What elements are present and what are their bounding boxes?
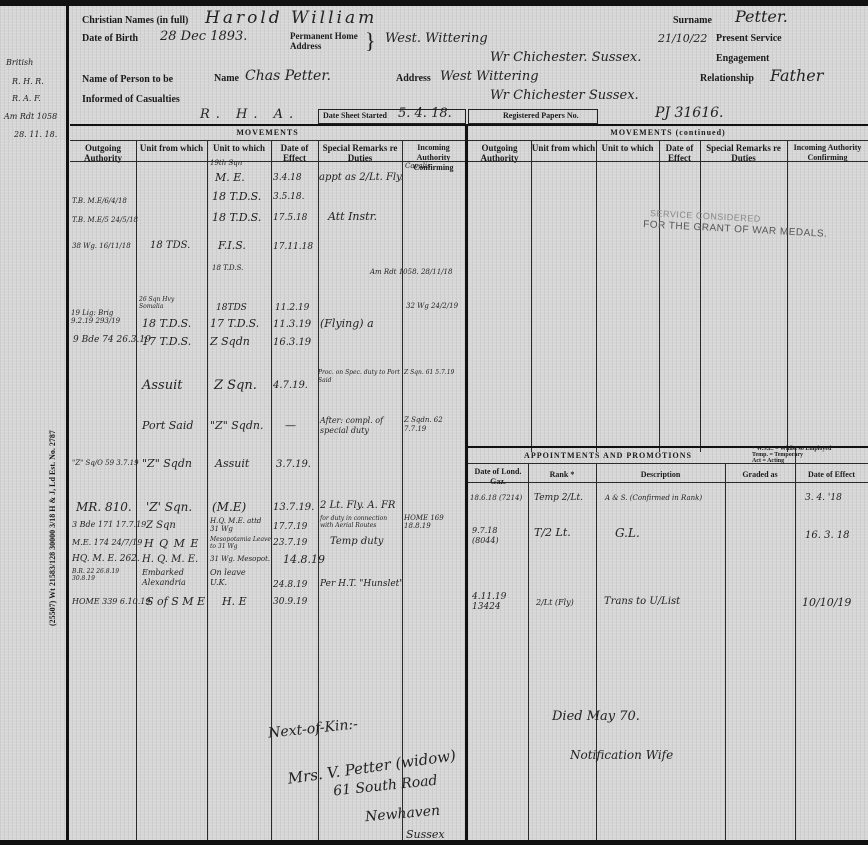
margin-note-3: R. A. F. [12,94,41,103]
cell-date: 17.5.18 [273,213,307,223]
cell-description: G.L. [615,526,640,540]
cell-effect: 16. 3. 18 [805,530,850,541]
cell-unit-to: H. E [222,595,247,608]
surname-value: Petter. [735,7,788,26]
cell-unit-to: (M.E) [212,500,246,514]
cell-date: 17.11.18 [273,242,313,252]
cell-gazette: 18.6.18 (7214) [470,494,522,502]
cell-date: 30.9.19 [273,597,307,607]
col-cont-date-of-effect: Date of Effect [659,143,700,163]
cell-outgoing: 9 Bde 74 26.3.19 [73,335,151,345]
died-note: Died May 70. [552,709,640,724]
cell-unit-to: 31 Wg. Mesopot. [210,555,270,563]
christian-names-value: Harold William [205,8,377,28]
col-cont-incoming-authority: Incoming Authority Confirming [787,143,868,163]
cell-effect: 3. 4. '18 [805,493,842,503]
cell-outgoing: M.E. 174 24/7/19 [72,538,142,547]
cell-unit-from: S of S M E [146,595,205,608]
cell-unit-to: "Z" Sqdn. [210,419,263,432]
cell-unit-from: 26 Sqn Hvy Somalia [139,296,199,310]
col-rule [596,140,597,452]
cell-unit-to: 19th Sqn [210,159,242,167]
cell-date: 11.3.19 [273,319,311,330]
relationship-label: Relationship [700,73,754,84]
cell-outgoing: 38 Wg. 16/11/18 [72,242,131,250]
movements-title: MOVEMENTS [70,128,465,137]
cell-unit-to: M. E. [215,171,245,184]
cell-unit-from: Z Sqn [146,520,176,531]
col-graded-as: Graded as [725,470,795,480]
cell-unit-from: Port Said [142,419,193,432]
cell-date: 13.7.19. [273,502,314,513]
cell-incoming: Cavalis. [405,162,433,170]
col-special-remarks: Special Remarks re Duties [318,143,402,163]
col-cont-unit-from: Unit from which [531,143,596,153]
cell-unit-to: Mesopotamia Leave to 31 Wg [210,536,272,550]
appointments-legend: * W.S.E. = Whilst so Employed Temp. = Te… [752,446,831,464]
relationship-value: Father [770,66,823,85]
cell-description: A & S. (Confirmed in Rank) [605,494,702,502]
section-title-rule [70,140,868,141]
cell-outgoing: T.B. M.E/6/4/18 [72,197,127,205]
col-cont-special-remarks: Special Remarks re Duties [700,143,787,163]
cell-date: — [285,419,296,432]
col-rule [725,463,726,840]
cell-unit-from: 18 TDS. [150,240,190,251]
col-description: Description [596,470,725,480]
cell-date: 3.7.19. [276,459,311,470]
cell-rank: 2/Lt (Fly) [536,598,574,607]
cell-remarks: Temp duty [330,536,383,547]
cell-incoming: Z Sqdn. 62 7.7.19 [404,416,464,434]
cell-remarks: for duty in connection with Aerial Route… [320,515,402,529]
col-rule [528,463,529,840]
home-address-line2: Wr Chichester. Sussex. [490,50,641,65]
engagement-label: Engagement [716,53,769,64]
printer-imprint: (25507) Wt 21583/128 30000 3/18 H & J, L… [48,226,57,626]
next-of-kin-heading: Next-of-Kin:- [267,716,358,741]
cell-outgoing: 19 Lig: Brig 9.2.19 293/19 [71,309,135,325]
cell-date: 16.3.19 [273,337,311,348]
cell-unit-from: H Q M E [144,537,199,550]
col-cont-outgoing-authority: Outgoing Authority [468,143,531,163]
service-record-sheet: British R. H. R. R. A. F. Am Rdt 1058 28… [0,6,868,840]
cell-unit-to: Z Sqn. [214,378,257,393]
cell-outgoing: MR. 810. [76,500,132,514]
cell-remarks: 2 Lt. Fly. A. FR [320,500,395,511]
col-cont-unit-to: Unit to which [596,143,659,153]
cell-effect: 10/10/19 [802,596,851,609]
cell-unit-from: H. Q. M. E. [142,554,198,565]
col-rule [207,140,208,840]
cell-date: 4.7.19. [273,380,308,391]
permanent-home-address-label: Permanent Home Address [290,31,365,51]
cell-date: 24.8.19 [273,580,307,590]
cell-incoming: HOME 169 18.8.19 [404,514,454,530]
col-unit-to: Unit to which [207,143,271,153]
cell-incoming: Z Sqn. 61 5.7.19 [404,369,464,377]
col-rule [596,463,597,840]
col-outgoing-authority: Outgoing Authority [70,143,136,163]
cell-unit-from: Embarked Alexandria [142,568,202,588]
cell-outgoing: HQ. M. E. 262. [72,554,140,564]
surname-label: Surname [673,15,712,26]
margin-note-5: 28. 11. 18. [14,130,57,139]
col-date-of-effect: Date of Effect [795,470,868,480]
registered-papers-value: PJ 31616. [655,105,723,121]
col-date-of-effect: Date of Effect [271,143,318,163]
cell-date: 3.5.18. [273,192,305,202]
col-rule [531,140,532,452]
cell-unit-to: Z Sqdn [210,335,250,348]
cell-date: 11.2.19 [275,303,309,313]
cell-remarks: Per H.T. "Hunslet" [320,579,403,589]
present-service-label: Present Service [716,33,782,44]
cell-description: Trans to U/List [604,596,680,607]
cell-unit-to: 18 T.D.S. [212,190,261,203]
casualty-contact-label-2: Informed of Casualties [82,94,180,105]
date-sheet-started-value: 5. 4. 18. [398,106,452,121]
cell-rank: Temp 2/Lt. [534,493,583,503]
cell-date: 3.4.18 [273,173,302,183]
col-rule [787,140,788,452]
next-of-kin-county: Sussex [406,828,445,841]
col-gazette-date: Date of Lond. Gaz. [468,467,528,487]
present-service-value: 21/10/22 [658,32,707,45]
cell-outgoing: B.R. 22 26.8.19 30.8.19 [72,568,132,582]
name-value: Chas Petter. [245,68,331,84]
col-unit-from: Unit from which [136,143,207,153]
margin-rule [66,6,69,840]
margin-note-1: British [6,58,33,67]
address-line2: Wr Chichester Sussex. [490,88,639,103]
table-top-rule [70,124,868,126]
cell-unit-to: 17 T.D.S. [210,317,259,330]
christian-names-label: Christian Names (in full) [82,15,188,26]
casualty-contact-label-1: Name of Person to be [82,74,173,85]
brace-icon: } [365,28,376,54]
cell-unit-to: Assuit [215,457,249,470]
address-label: Address [396,73,431,84]
cell-unit-from: Assuit [142,378,183,393]
cell-gazette: 9.7.18 (8044) [472,526,526,546]
cell-unit-from: 18 T.D.S. [142,317,191,330]
col-rank: Rank * [528,470,596,480]
date-of-birth-label: Date of Birth [82,33,138,44]
cell-incoming: Am Rdt 1058. 28/11/18 [370,268,452,276]
cell-date: 17.7.19 [273,522,307,532]
cell-date: 23.7.19 [273,538,307,548]
cell-unit-to: 18TDS [216,303,247,313]
cell-incoming: 32 Wg 24/2/19 [406,302,458,310]
cell-unit-to: 18 T.D.S. [212,211,261,224]
cell-unit-to: On leave U.K. [210,568,265,588]
col-rule [136,140,137,840]
cell-outgoing: HOME 339 6.10.19 [72,597,150,606]
cell-unit-to: F.I.S. [218,239,246,252]
date-of-birth-value: 28 Dec 1893. [160,29,247,44]
cell-outgoing: T.B. M.E/5 24/5/18 [72,216,138,224]
cell-remarks: Proc. on Spec. duty to Port Said [318,369,402,385]
col-rule [795,446,796,840]
cell-rank: T/2 Lt. [534,526,571,539]
registered-papers-label: Registered Papers No. [503,111,579,120]
cell-unit-to: H.Q. M.E. attd 31 Wg [210,517,270,533]
cell-remarks: After: compl. of special duty [320,416,400,436]
notification-note: Notification Wife [570,748,673,762]
corps-value: R. H. A. [200,107,299,122]
col-rule [700,140,701,452]
legend-act: Act = Acting [752,458,831,464]
cell-remarks: (Flying) a [320,317,374,330]
cell-remarks: Att Instr. [328,210,377,223]
cell-unit-to: 18 T.D.S. [212,264,243,272]
cell-unit-from: "Z" Sqdn [142,457,192,470]
appointments-title: APPOINTMENTS AND PROMOTIONS [468,451,748,460]
col-rule [659,140,660,452]
cell-outgoing: 3 Bde 171 17.7.19 [72,520,146,529]
cell-gazette: 4.11.19 13424 [472,592,526,612]
cell-date: 14.8.19 [283,553,325,566]
movements-continued-title: MOVEMENTS (continued) [468,128,868,137]
name-label: Name [214,73,239,84]
cell-remarks: appt as 2/Lt. Fly. [319,172,404,183]
margin-note-2: R. H. R. [12,77,44,86]
address-line1: West Wittering [440,69,539,84]
next-of-kin-town: Newhaven [364,803,440,825]
margin-note-4: Am Rdt 1058 [4,112,57,121]
date-sheet-started-label: Date Sheet Started [323,111,387,120]
col-rule [402,140,403,840]
cell-unit-from: 'Z' Sqn. [146,500,192,514]
cell-outgoing: "Z" Sq/O 59 3.7.19 [72,459,139,467]
home-address-line1: West. Wittering [385,31,488,46]
cell-unit-from: 17 T.D.S. [142,335,191,348]
